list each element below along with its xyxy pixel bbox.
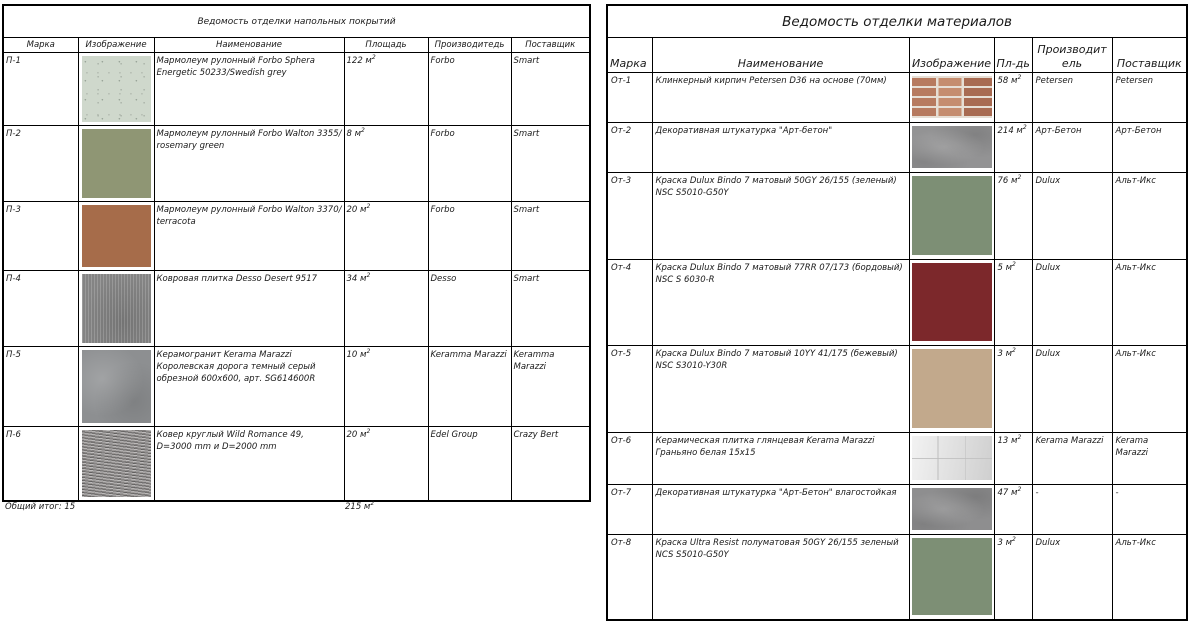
cell-area: 8 м2 [344,126,428,202]
cell-supplier: Smart [511,126,590,202]
table-row: П-4Ковровая плитка Desso Desert 951734 м… [3,271,590,347]
cell-area: 34 м2 [344,271,428,347]
cell-mark: П-2 [3,126,78,202]
area-value: 214 м [998,126,1023,136]
area-unit-sup: 2 [1017,434,1021,441]
cell-name: Декоративная штукатурка "Арт-бетон" [652,123,909,173]
cell-name: Краска Ultra Resist полуматовая 50GY 26/… [652,535,909,620]
cell-supplier: Keramma Marazzi [511,347,590,427]
col-header-name: Наименование [154,38,344,53]
material-swatch-image [912,488,992,530]
col-header-manufacturer: Производитедь [428,38,511,53]
cell-name: Краска Dulux Bindo 7 матовый 10YY 41/175… [652,346,909,433]
area-unit-sup: 2 [1012,536,1016,543]
cell-manufacturer: Dulux [1032,173,1112,260]
material-swatch-image [912,126,992,168]
floor-total-area-value: 215 м [345,502,370,512]
cell-supplier: Альт-Икс [1112,173,1187,260]
area-unit-sup: 2 [366,428,370,435]
cell-area: 3 м2 [994,346,1032,433]
cell-image [78,53,154,126]
cell-mark: От-1 [607,73,652,123]
cell-mark: От-4 [607,260,652,346]
floor-total-area-sup: 2 [370,500,374,507]
cell-supplier: Smart [511,202,590,271]
area-value: 5 м [998,263,1013,273]
cell-area: 214 м2 [994,123,1032,173]
floor-schedule-title: Ведомость отделки напольных покрытий [3,5,590,38]
area-value: 8 м [347,129,362,139]
table-row: П-3Мармолеум рулонный Forbo Walton 3370/… [3,202,590,271]
material-swatch-image [82,56,151,122]
area-value: 3 м [998,349,1013,359]
area-unit-sup: 2 [366,348,370,355]
area-unit-sup: 2 [366,272,370,279]
cell-image [78,202,154,271]
material-swatch-image [912,538,992,615]
col-header-area: Площадь [344,38,428,53]
cell-manufacturer: Forbo [428,53,511,126]
area-unit-sup: 2 [1012,261,1016,268]
cell-manufacturer: Edel Group [428,427,511,502]
table-row: От-1Клинкерный кирпич Petersen D36 на ос… [607,73,1187,123]
cell-mark: П-4 [3,271,78,347]
cell-image [909,433,994,485]
cell-manufacturer: Desso [428,271,511,347]
material-swatch-image [82,350,151,423]
table-row: П-1Мармолеум рулонный Forbo Sphera Energ… [3,53,590,126]
cell-supplier: Petersen [1112,73,1187,123]
floor-total-count: Общий итог: 15 [5,502,75,512]
cell-supplier: Арт-Бетон [1112,123,1187,173]
cell-area: 10 м2 [344,347,428,427]
cell-supplier: Kerama Marazzi [1112,433,1187,485]
floor-total-area: 215 м2 [345,502,374,512]
col-header-image: Изображение [909,38,994,73]
area-value: 122 м [347,56,372,66]
cell-image [909,346,994,433]
material-swatch-image [82,274,151,343]
cell-name: Ковровая плитка Desso Desert 9517 [154,271,344,347]
cell-area: 76 м2 [994,173,1032,260]
cell-mark: От-3 [607,173,652,260]
cell-mark: От-8 [607,535,652,620]
cell-image [909,535,994,620]
cell-area: 3 м2 [994,535,1032,620]
col-header-manufacturer: Производит ель [1032,38,1112,73]
area-unit-sup: 2 [361,127,365,134]
cell-manufacturer: Dulux [1032,260,1112,346]
table-row: П-2Мармолеум рулонный Forbo Walton 3355/… [3,126,590,202]
floor-finish-schedule-table: Ведомость отделки напольных покрытий Мар… [2,4,591,502]
area-value: 58 м [998,76,1018,86]
cell-area: 5 м2 [994,260,1032,346]
cell-image [909,123,994,173]
cell-name: Ковер круглый Wild Romance 49, D=3000 mm… [154,427,344,502]
material-swatch-image [912,176,992,255]
cell-area: 122 м2 [344,53,428,126]
cell-supplier: Smart [511,53,590,126]
cell-manufacturer: - [1032,485,1112,535]
table-row: От-8Краска Ultra Resist полуматовая 50GY… [607,535,1187,620]
cell-mark: П-3 [3,202,78,271]
col-header-image: Изображение [78,38,154,53]
table-row: От-6Керамическая плитка глянцевая Kerama… [607,433,1187,485]
col-header-supplier: Поставщик [1112,38,1187,73]
material-swatch-image [912,76,992,118]
table-row: От-7Декоративная штукатурка "Арт-Бетон" … [607,485,1187,535]
cell-supplier: Альт-Икс [1112,346,1187,433]
cell-supplier: Альт-Икс [1112,260,1187,346]
area-unit-sup: 2 [372,54,376,61]
cell-image [909,73,994,123]
cell-name: Керамогранит Kerama Marazzi Королевская … [154,347,344,427]
col-header-mark: Марка [3,38,78,53]
table-row: От-4Краска Dulux Bindo 7 матовый 77RR 07… [607,260,1187,346]
area-value: 47 м [998,488,1018,498]
cell-supplier: - [1112,485,1187,535]
area-value: 10 м [347,350,367,360]
col-header-mark: Марка [607,38,652,73]
cell-supplier: Альт-Икс [1112,535,1187,620]
cell-name: Краска Dulux Bindo 7 матовый 50GY 26/155… [652,173,909,260]
cell-name: Мармолеум рулонный Forbo Walton 3355/ ro… [154,126,344,202]
cell-image [78,126,154,202]
cell-area: 13 м2 [994,433,1032,485]
cell-image [78,347,154,427]
cell-supplier: Smart [511,271,590,347]
materials-finish-schedule-table: Ведомость отделки материалов Марка Наиме… [606,4,1188,621]
cell-name: Мармолеум рулонный Forbo Walton 3370/ te… [154,202,344,271]
cell-mark: От-6 [607,433,652,485]
area-value: 3 м [998,538,1013,548]
cell-name: Клинкерный кирпич Petersen D36 на основе… [652,73,909,123]
area-value: 13 м [998,436,1018,446]
col-header-supplier: Поставщик [511,38,590,53]
cell-image [909,260,994,346]
cell-name: Керамическая плитка глянцевая Kerama Mar… [652,433,909,485]
area-value: 20 м [347,205,367,215]
cell-name: Декоративная штукатурка "Арт-Бетон" влаг… [652,485,909,535]
cell-manufacturer: Petersen [1032,73,1112,123]
area-value: 76 м [998,176,1018,186]
area-value: 20 м [347,430,367,440]
table-row: От-2Декоративная штукатурка "Арт-бетон"2… [607,123,1187,173]
cell-manufacturer: Keramma Marazzi [428,347,511,427]
table-row: От-5Краска Dulux Bindo 7 матовый 10YY 41… [607,346,1187,433]
material-swatch-image [82,205,151,267]
table-row: П-5Керамогранит Kerama Marazzi Королевск… [3,347,590,427]
cell-area: 58 м2 [994,73,1032,123]
cell-image [78,427,154,502]
cell-manufacturer: Dulux [1032,346,1112,433]
cell-name: Мармолеум рулонный Forbo Sphera Energeti… [154,53,344,126]
material-swatch-image [82,430,151,497]
table-row: П-6Ковер круглый Wild Romance 49, D=3000… [3,427,590,502]
area-value: 34 м [347,274,367,284]
cell-mark: П-6 [3,427,78,502]
cell-mark: От-5 [607,346,652,433]
cell-mark: От-2 [607,123,652,173]
col-header-area: Пл-дь [994,38,1032,73]
cell-manufacturer: Kerama Marazzi [1032,433,1112,485]
cell-image [78,271,154,347]
cell-area: 20 м2 [344,202,428,271]
cell-mark: П-1 [3,53,78,126]
cell-manufacturer: Dulux [1032,535,1112,620]
cell-mark: П-5 [3,347,78,427]
cell-manufacturer: Forbo [428,126,511,202]
table-row: От-3Краска Dulux Bindo 7 матовый 50GY 26… [607,173,1187,260]
area-unit-sup: 2 [1017,74,1021,81]
area-unit-sup: 2 [1012,347,1016,354]
area-unit-sup: 2 [1017,174,1021,181]
material-swatch-image [912,436,992,480]
cell-area: 20 м2 [344,427,428,502]
cell-area: 47 м2 [994,485,1032,535]
cell-manufacturer: Forbo [428,202,511,271]
cell-image [909,173,994,260]
materials-schedule-title: Ведомость отделки материалов [607,5,1187,38]
cell-supplier: Crazy Bert [511,427,590,502]
area-unit-sup: 2 [366,203,370,210]
cell-manufacturer: Арт-Бетон [1032,123,1112,173]
material-swatch-image [912,349,992,428]
col-header-name: Наименование [652,38,909,73]
cell-image [909,485,994,535]
area-unit-sup: 2 [1017,486,1021,493]
material-swatch-image [912,263,992,341]
cell-name: Краска Dulux Bindo 7 матовый 77RR 07/173… [652,260,909,346]
area-unit-sup: 2 [1023,124,1027,131]
cell-mark: От-7 [607,485,652,535]
material-swatch-image [82,129,151,198]
